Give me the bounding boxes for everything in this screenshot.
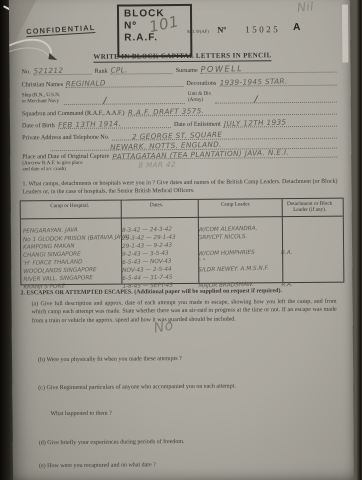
question-1-text: What camps, detachments or hospitals wer…: [23, 179, 338, 196]
ship-label: Ship (R.N., U.S.N. or Merchant Navy: [22, 93, 61, 105]
handwritten-nil-note: Nil: [296, 0, 314, 15]
capture-value: PATTAGATAAN (TEA PLANTATION) JAVA. N.E.I…: [112, 148, 289, 162]
squadron-label: Squadron and Command (R.A.F., A.A.F.): [22, 109, 125, 117]
question-2c2-text: What happened to them ?: [50, 411, 111, 418]
unit-value: /: [252, 93, 260, 103]
camp-table: Camp or Hospital. Dates. Camp Leader. De…: [20, 198, 345, 286]
question-2b-label: (b): [38, 357, 45, 363]
handwritten-no-answer: No: [152, 317, 174, 336]
ship-label-line2: or Merchant Navy: [22, 98, 59, 104]
question-2-heading: 2. ESCAPES OR ATTEMPTED ESCAPES. (Additi…: [20, 287, 336, 298]
series-letter-stamp: A: [293, 22, 300, 33]
field-row-identity: No. 521212 Rank CPL. Surname POWELL: [21, 63, 336, 76]
capture-field: PATTAGATAAN (TEA PLANTATION) JAVA. N.E.I…: [112, 149, 337, 160]
unit-field: /: [215, 93, 337, 103]
ship-field: /: [63, 95, 185, 105]
question-2e: (e) How were you recaptured and on what …: [39, 460, 338, 471]
serial-number-stamp: 15025: [245, 24, 280, 34]
question-1: 1. What camps, detachments or hospitals …: [22, 178, 337, 197]
header-detachment: Detachment or Block Leader (if any).: [277, 199, 343, 217]
document-page: CONFIDENTIAL BLOCK Nº R.A.F. 101 M.I. 9/…: [9, 0, 354, 480]
page-stack-edge: [353, 0, 362, 480]
date-of-enlistment-field: JULY 12TH 1935: [224, 118, 337, 128]
squadron-field: R.A.F. DRAFT 3575.: [127, 106, 336, 117]
field-row-squadron: Squadron and Command (R.A.F., A.A.F.) R.…: [22, 106, 337, 118]
question-2e-text: How were you recaptured and on what date…: [47, 462, 156, 469]
header-dates: Dates.: [119, 200, 195, 218]
scanned-document-photo: CONFIDENTIAL BLOCK Nº R.A.F. 101 M.I. 9/…: [0, 0, 362, 480]
rank-field: CPL.: [111, 65, 173, 75]
date-of-enlistment-value: JULY 12TH 1935: [224, 118, 287, 129]
question-2c-label: (c): [38, 385, 45, 391]
question-2d-text: Give briefly your experiences during per…: [47, 439, 184, 446]
ship-value: /: [101, 95, 109, 105]
unit-label: Unit & Div. (Army): [188, 92, 212, 104]
question-1-number: 1.: [22, 181, 27, 187]
question-2c2: What happened to them ?: [50, 408, 337, 419]
date-of-birth-label: Date of Birth: [22, 122, 55, 129]
christian-names-field: REGINALD: [66, 78, 183, 88]
capture-sublabel-line2: and date of a/c crash): [22, 166, 66, 172]
field-row-ship-unit: Ship (R.N., U.S.N. or Merchant Navy / Un…: [22, 91, 337, 105]
question-2e-label: (e): [39, 463, 46, 469]
decorations-label: Decorations: [186, 80, 216, 87]
table-row: KRANJI S'PORE 1-8-45 — SEPT-45 MAJOR BRA…: [23, 273, 341, 284]
rank-value: CPL.: [111, 65, 128, 74]
question-2b: (b) Were you physically fit when you mad…: [38, 354, 337, 365]
service-no-field: 521212: [34, 66, 92, 76]
squadron-value: R.A.F. DRAFT 3575.: [127, 106, 204, 117]
capture-sublabel: (Aircrew R.A.F. to give place and date o…: [22, 161, 82, 173]
rank-label: Rank: [95, 68, 108, 75]
question-2b-text: Were you physically fit when you made th…: [46, 356, 181, 363]
decorations-field: 1939-1945 STAR.: [219, 77, 336, 87]
christian-names-label: Christian Names: [22, 81, 63, 88]
question-2c: (c) Give Regimental particulars of anyon…: [38, 382, 337, 393]
question-2d-label: (d): [39, 440, 46, 446]
service-no-value: 521212: [34, 66, 64, 76]
question-2a-text: Give full description and approx. date o…: [32, 299, 337, 324]
surname-value: POWELL: [201, 63, 244, 74]
serial-no-label: Nº: [217, 25, 226, 35]
header-camp: Camp or Hospital.: [21, 201, 119, 219]
field-row-dates: Date of Birth FEB 13TH 1914. Date of Enl…: [22, 118, 337, 130]
address-label: Private Address and Telephone No.: [22, 134, 109, 142]
page-stack-edge-sliver: [342, 5, 349, 63]
date-of-birth-field: FEB 13TH 1914.: [58, 119, 171, 129]
date-of-enlistment-label: Date of Enlistment: [174, 121, 221, 128]
decorations-value: 1939-1945 STAR.: [219, 76, 287, 87]
question-2d: (d) Give briefly your experiences during…: [39, 437, 338, 448]
block-capitals-instruction: WRITE IN BLOCK CAPITAL LETTERS IN PENCIL: [93, 52, 271, 63]
field-row-capture: Place and Date of Original Capture PATTA…: [22, 149, 337, 161]
surname-label: Surname: [176, 67, 198, 74]
unit-label-line2: (Army): [188, 97, 203, 103]
christian-names-value: REGINALD: [66, 78, 106, 88]
header-leader: Camp Leader.: [194, 199, 276, 217]
capture-date-value: 8 MAR 42: [138, 160, 176, 170]
date-of-birth-value: FEB 13TH 1914.: [58, 119, 122, 130]
surname-field: POWELL: [201, 63, 337, 74]
question-2c-text: Give Regimental particulars of anyone wh…: [46, 384, 235, 392]
service-no-label: No.: [21, 68, 30, 75]
question-2a-label: (a): [32, 301, 39, 307]
field-row-names: Christian Names REGINALD Decorations 193…: [22, 77, 337, 89]
question-2a: (a) Give full description and approx. da…: [32, 298, 337, 325]
mi9-office-label: M.I. 9/(AF): [187, 29, 209, 34]
